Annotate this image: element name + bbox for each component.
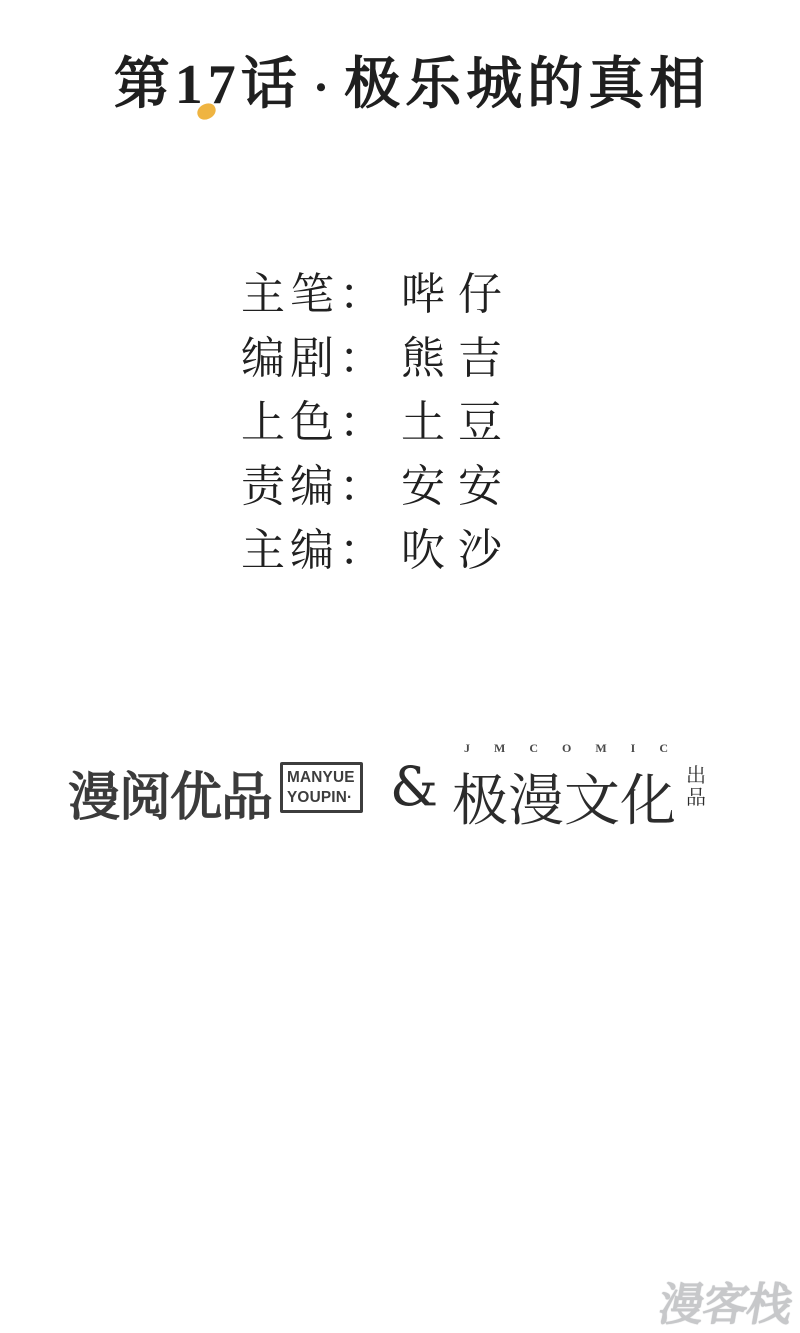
credit-role: 主笔 — [241, 270, 339, 319]
chapter-title: 第17话•极乐城的真相 — [12, 40, 800, 120]
credit-name: 哔仔 — [401, 270, 515, 319]
manyue-en-line1: MANYUE — [287, 768, 357, 788]
credit-name: 吹沙 — [401, 526, 515, 575]
comic-credits-page: 第17话•极乐城的真相 主笔：哔仔 编剧：熊吉 上色：土豆 责编：安安 主编：吹… — [0, 0, 800, 1333]
credit-colon: ： — [339, 462, 383, 511]
credits-list: 主笔：哔仔 编剧：熊吉 上色：土豆 责编：安安 主编：吹沙 — [0, 263, 778, 583]
credit-role: 主编 — [241, 526, 339, 575]
credit-row-writer: 编剧：熊吉 — [0, 327, 778, 391]
credit-colon: ： — [339, 334, 383, 383]
manyue-en-line2: YOUPIN· — [287, 788, 357, 808]
jmcomic-en-label: JMCOMIC — [464, 741, 692, 756]
credit-role: 责编 — [241, 462, 339, 511]
credit-row-chief-editor: 主编：吹沙 — [0, 519, 778, 583]
credit-role: 编剧 — [241, 334, 339, 383]
credit-colon: ： — [339, 526, 383, 575]
manyue-youpin-en-box: MANYUE YOUPIN· — [280, 762, 363, 813]
publishers-row: 漫阅优品 MANYUE YOUPIN· & JMCOMIC 极漫文化 出 品 — [0, 735, 800, 825]
credit-row-editor: 责编：安安 — [0, 455, 778, 519]
chupin-label: 出 品 — [684, 765, 708, 809]
chupin-char-bottom: 品 — [684, 787, 708, 809]
credit-name: 安安 — [401, 462, 515, 511]
ampersand: & — [390, 755, 438, 818]
chupin-char-top: 出 — [684, 765, 708, 787]
credit-name: 熊吉 — [401, 334, 515, 383]
credit-name: 土豆 — [401, 398, 515, 447]
credit-role: 上色 — [241, 398, 339, 447]
credit-row-colorist: 上色：土豆 — [0, 391, 778, 455]
credit-colon: ： — [339, 398, 383, 447]
credit-colon: ： — [339, 270, 383, 319]
jmcomic-logo: 极漫文化 — [452, 757, 676, 837]
credit-row-artist: 主笔：哔仔 — [0, 263, 778, 327]
mankezhan-watermark: 漫客栈 — [654, 1268, 797, 1333]
manyue-youpin-logo: 漫阅优品 — [68, 755, 272, 830]
title-separator-dot: • — [316, 71, 327, 105]
chapter-name: 极乐城的真相 — [344, 54, 710, 116]
